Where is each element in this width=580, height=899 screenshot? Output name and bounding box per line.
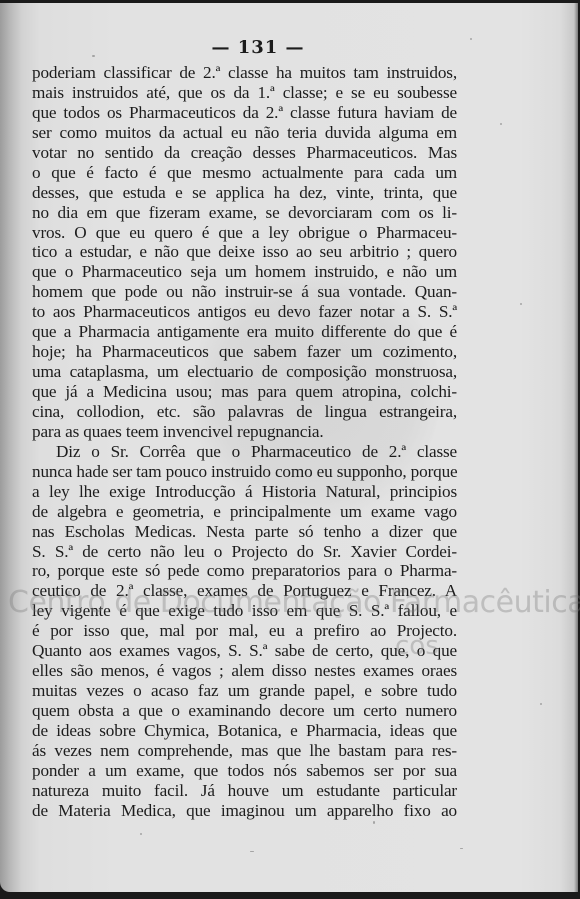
text-line: no dia em que fizeram exame, se devorcia… (32, 203, 457, 223)
text-line: Quanto aos exames vagos, S. S.ª sabe de … (32, 641, 457, 661)
text-line: votar no sentido da creação desses Pharm… (32, 143, 457, 163)
scanned-page: — 131 — poderiam classificar de 2.ª clas… (0, 3, 578, 892)
paragraph-start-line: Diz o Sr. Corrêa que o Pharmaceutico de … (32, 442, 457, 462)
text-line: ser como muitos da actual eu não teria d… (32, 123, 457, 143)
paragraph-end-line: para as quaes teem invencivel repugnanci… (32, 422, 457, 442)
text-line: ás vezes nem comprehende, mas que lhe ba… (32, 741, 457, 761)
text-line: ro, porque este só pede como preparatori… (32, 561, 457, 581)
text-line: ponder a um exame, que todos nós sabemos… (32, 761, 457, 781)
text-line: desses, que estuda e se applica ha dez, … (32, 183, 457, 203)
text-line: mais instruidos até, que os da 1.ª class… (32, 83, 457, 103)
text-line: ceutico de 2.ª classe, exames de Portugu… (32, 581, 457, 601)
page-number: — 131 — (0, 37, 516, 58)
text-line: que a Pharmacia antigamente era muito di… (32, 322, 457, 342)
text-line: nas Escholas Medicas. Nesta parte só ten… (32, 522, 457, 542)
text-line: S. S.ª de certo não leu o Projecto do Sr… (32, 542, 457, 562)
text-line: hoje; ha Pharmaceuticos que sabem fazer … (32, 342, 457, 362)
text-line: de Materia Medica, que imaginou um appar… (32, 801, 457, 821)
text-line: tico a estudar, e não que deixe isso ao … (32, 242, 457, 262)
text-line: de algebra e geometria, e principalmente… (32, 502, 457, 522)
text-line: que já a Medicina usou; mas para quem at… (32, 382, 457, 402)
text-line: nunca hade ser tam pouco instruido como … (32, 462, 457, 482)
text-line: natureza muito facil. Já houve um estuda… (32, 781, 457, 801)
text-line: a ley lhe exige Introducção á Historia N… (32, 482, 457, 502)
text-line: elles são menos, é vagos ; alem disso ne… (32, 661, 457, 681)
text-line: é por isso que, mal por mal, eu a prefir… (32, 621, 457, 641)
text-line: homem que pode ou não instruir-se á sua … (32, 282, 457, 302)
text-line: o que é facto é que mesmo actualmente pa… (32, 163, 457, 183)
text-line: vros. O que eu quero é que a ley obrigue… (32, 223, 457, 243)
text-line: que o Pharmaceutico seja um homem instru… (32, 262, 457, 282)
body-text: poderiam classificar de 2.ª classe ha mu… (32, 63, 457, 821)
text-line: uma cataplasma, um electuario de composi… (32, 362, 457, 382)
text-line: muitas vezes o acaso faz um grande papel… (32, 681, 457, 701)
text-line: cina, collodion, etc. são palavras de li… (32, 402, 457, 422)
text-line: poderiam classificar de 2.ª classe ha mu… (32, 63, 457, 83)
text-line: que todos os Pharmaceuticos da 2.ª class… (32, 103, 457, 123)
text-line: quem obsta a que o examinando decore um … (32, 701, 457, 721)
text-line: to aos Pharmaceuticos antigos eu devo fa… (32, 302, 457, 322)
text-line: de ideas sobre Chymica, Botanica, e Phar… (32, 721, 457, 741)
text-line: ley vigente é que exige tudo isso em que… (32, 601, 457, 621)
